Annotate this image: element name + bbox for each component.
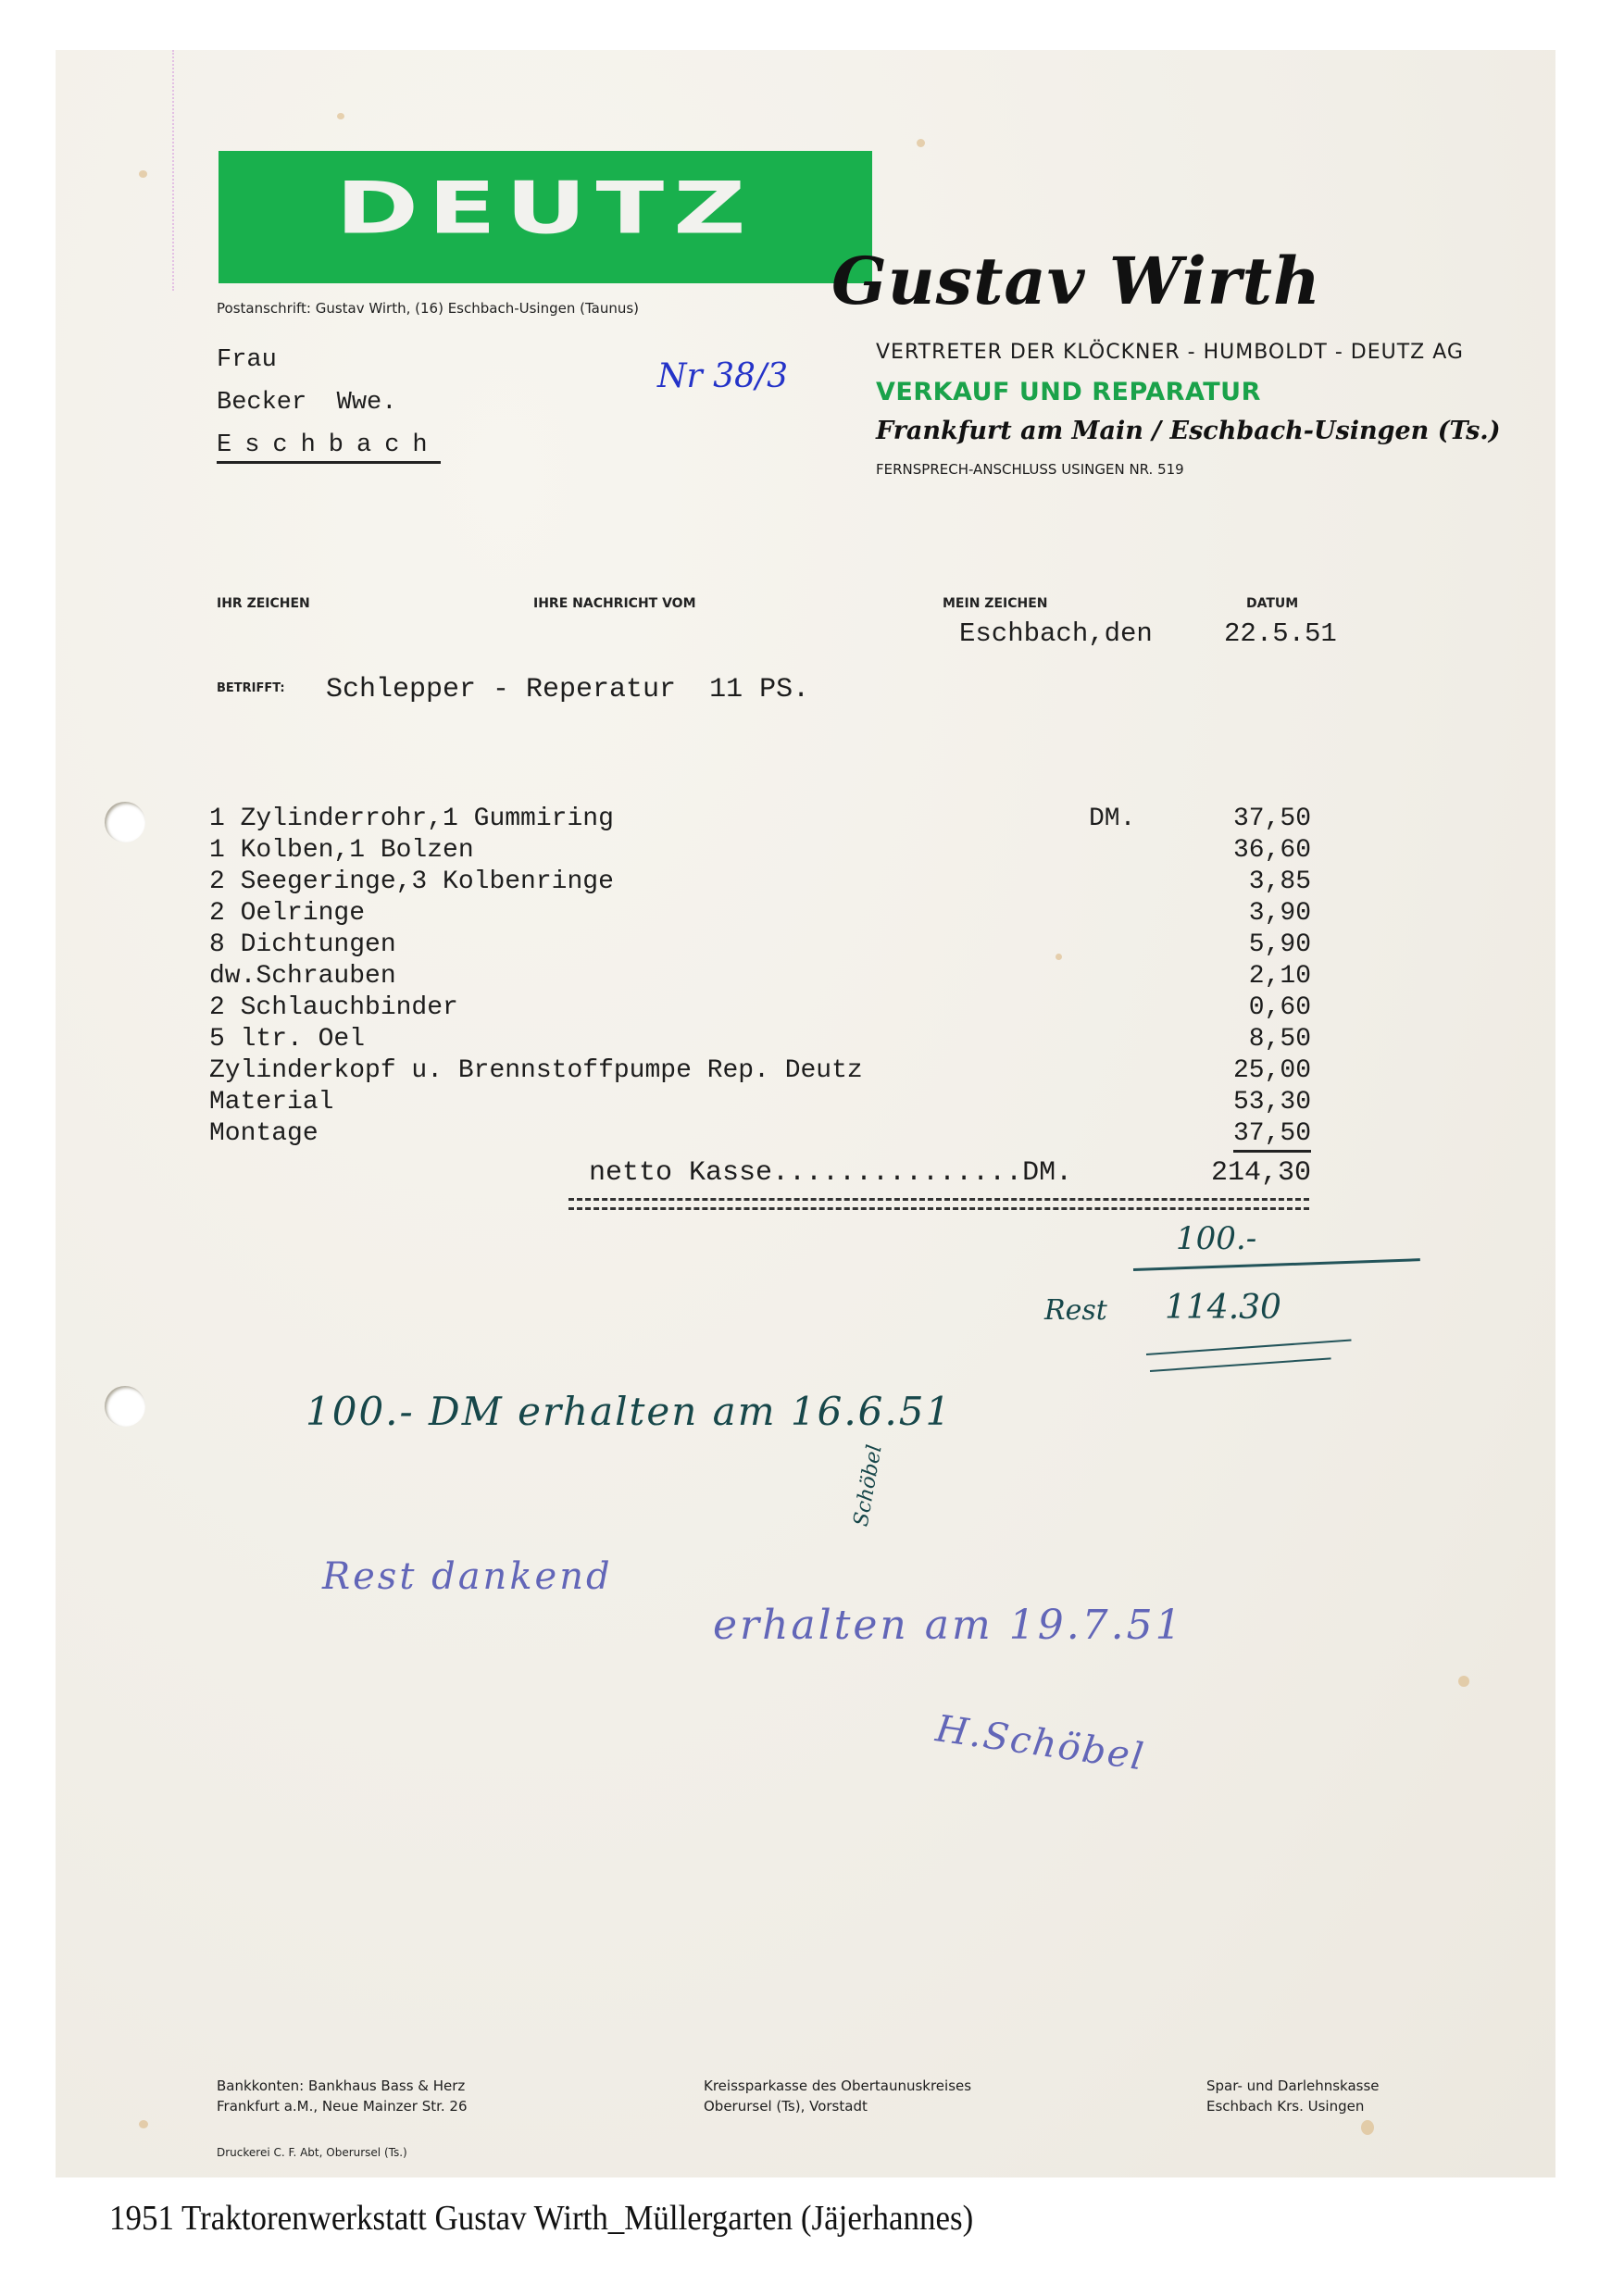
invoice-row: 2 Schlauchbinder 0,60 [209, 992, 1311, 1024]
bank3-line1: Spar- und Darlehnskasse [1206, 2076, 1380, 2096]
item-amount: 5,90 [1249, 930, 1311, 961]
currency-label: DM. [1089, 804, 1135, 835]
item-amount: 0,60 [1249, 992, 1311, 1024]
stain [1361, 2120, 1374, 2135]
stain [917, 139, 925, 147]
subject-text: Schlepper - Reperatur 11 PS. [326, 674, 809, 705]
bank1-line1: Bankkonten: Bankhaus Bass & Herz [217, 2076, 468, 2096]
item-description: 1 Zylinderrohr,1 Gummiring [209, 804, 614, 835]
item-amount: 53,30 [1233, 1087, 1311, 1118]
invoice-row: Montage 37,50 [209, 1118, 1311, 1150]
date-value: 22.5.51 [1224, 618, 1337, 649]
item-description: Montage [209, 1118, 319, 1150]
invoice-row: dw.Schrauben 2,10 [209, 961, 1311, 992]
label-ihre-nachricht: IHRE NACHRICHT VOM [533, 596, 696, 611]
item-description: 2 Seegeringe,3 Kolbenringe [209, 867, 614, 898]
invoice-row: Material 53,30 [209, 1087, 1311, 1118]
date-place: Eschbach,den [959, 618, 1153, 649]
recipient-name: Becker Wwe. [217, 389, 396, 417]
item-amount: 37,50 [1233, 1118, 1311, 1153]
footer-bank-3: Spar- und Darlehnskasse Eschbach Krs. Us… [1206, 2076, 1380, 2116]
item-description: 8 Dichtungen [209, 930, 396, 961]
logo-text: DEUTZ [219, 162, 872, 256]
item-description: Zylinderkopf u. Brennstoffpumpe Rep. Deu… [209, 1055, 863, 1087]
bank2-line2: Oberursel (Ts), Vorstadt [704, 2096, 971, 2116]
item-amount: 8,50 [1249, 1024, 1311, 1055]
handwritten-rest-label: Rest [1044, 1294, 1107, 1327]
invoice-row: 2 Seegeringe,3 Kolbenringe 3,85 [209, 867, 1311, 898]
image-caption: 1951 Traktorenwerkstatt Gustav Wirth_Mül… [109, 2198, 973, 2239]
invoice-items: 1 Zylinderrohr,1 Gummiring DM. 37,50 1 K… [209, 804, 1311, 1150]
bank1-line2: Frankfurt a.M., Neue Mainzer Str. 26 [217, 2096, 468, 2116]
item-amount: 36,60 [1233, 835, 1311, 867]
bank3-line2: Eschbach Krs. Usingen [1206, 2096, 1380, 2116]
handwritten-note-first-payment: 100.- DM erhalten am 16.6.51 [306, 1389, 952, 1434]
total-amount: 214,30 [1211, 1157, 1311, 1189]
total-label: netto Kasse...............DM. [589, 1157, 1072, 1189]
postal-address: Postanschrift: Gustav Wirth, (16) Eschba… [217, 300, 639, 317]
footer-bank-2: Kreissparkasse des Obertaunuskreises Obe… [704, 2076, 971, 2116]
invoice-row: 8 Dichtungen 5,90 [209, 930, 1311, 961]
stain [139, 2120, 148, 2128]
stain [1458, 1676, 1469, 1687]
item-amount: 37,50 [1233, 804, 1311, 835]
handwritten-reference: Nr 38/3 [657, 357, 788, 395]
stain [139, 170, 147, 178]
firm-locations-line: Frankfurt am Main / Eschbach-Usingen (Ts… [876, 417, 1500, 445]
item-amount: 3,85 [1249, 867, 1311, 898]
firm-phone-line: FERNSPRECH-ANSCHLUSS USINGEN NR. 519 [876, 461, 1184, 478]
item-description: 5 ltr. Oel [209, 1024, 365, 1055]
footer-bank-1: Bankkonten: Bankhaus Bass & Herz Frankfu… [217, 2076, 468, 2116]
label-ihr-zeichen: IHR ZEICHEN [217, 596, 310, 611]
item-description: 1 Kolben,1 Bolzen [209, 835, 474, 867]
bank2-line1: Kreissparkasse des Obertaunuskreises [704, 2076, 971, 2096]
stain [337, 113, 344, 119]
item-description: dw.Schrauben [209, 961, 396, 992]
handwritten-note-rest-a: Rest dankend [322, 1555, 613, 1598]
invoice-row: 2 Oelringe 3,90 [209, 898, 1311, 930]
invoice-row: 5 ltr. Oel 8,50 [209, 1024, 1311, 1055]
item-amount: 3,90 [1249, 898, 1311, 930]
firm-services-line: VERKAUF UND REPARATUR [876, 378, 1261, 406]
invoice-row: 1 Zylinderrohr,1 Gummiring DM. 37,50 [209, 804, 1311, 835]
handwritten-rest-amount: 114.30 [1165, 1289, 1281, 1327]
item-amount: 2,10 [1249, 961, 1311, 992]
item-description: 2 Oelringe [209, 898, 365, 930]
label-mein-zeichen: MEIN ZEICHEN [943, 596, 1048, 611]
invoice-row: Zylinderkopf u. Brennstoffpumpe Rep. Deu… [209, 1055, 1311, 1087]
margin-mark [172, 50, 176, 291]
handwritten-note-rest-b: erhalten am 19.7.51 [713, 1602, 1184, 1649]
handwritten-payment: 100.- [1176, 1220, 1256, 1257]
subject-label: BETRIFFT: [217, 681, 285, 695]
deutz-logo: DEUTZ [219, 151, 872, 283]
item-amount: 25,00 [1233, 1055, 1311, 1087]
punch-hole [105, 1386, 145, 1427]
recipient-city: Eschbach [217, 431, 441, 464]
firm-representative-line: VERTRETER DER KLÖCKNER - HUMBOLDT - DEUT… [876, 341, 1464, 364]
recipient-city-wrap: Eschbach [217, 431, 441, 459]
punch-hole [105, 802, 145, 842]
firm-name: Gustav Wirth [831, 243, 1321, 319]
printer-imprint: Druckerei C. F. Abt, Oberursel (Ts.) [217, 2146, 407, 2159]
recipient-salutation: Frau [217, 346, 277, 374]
label-datum: DATUM [1246, 596, 1298, 611]
item-description: 2 Schlauchbinder [209, 992, 458, 1024]
invoice-row: 1 Kolben,1 Bolzen 36,60 [209, 835, 1311, 867]
total-double-underline [568, 1198, 1309, 1210]
item-description: Material [209, 1087, 333, 1118]
